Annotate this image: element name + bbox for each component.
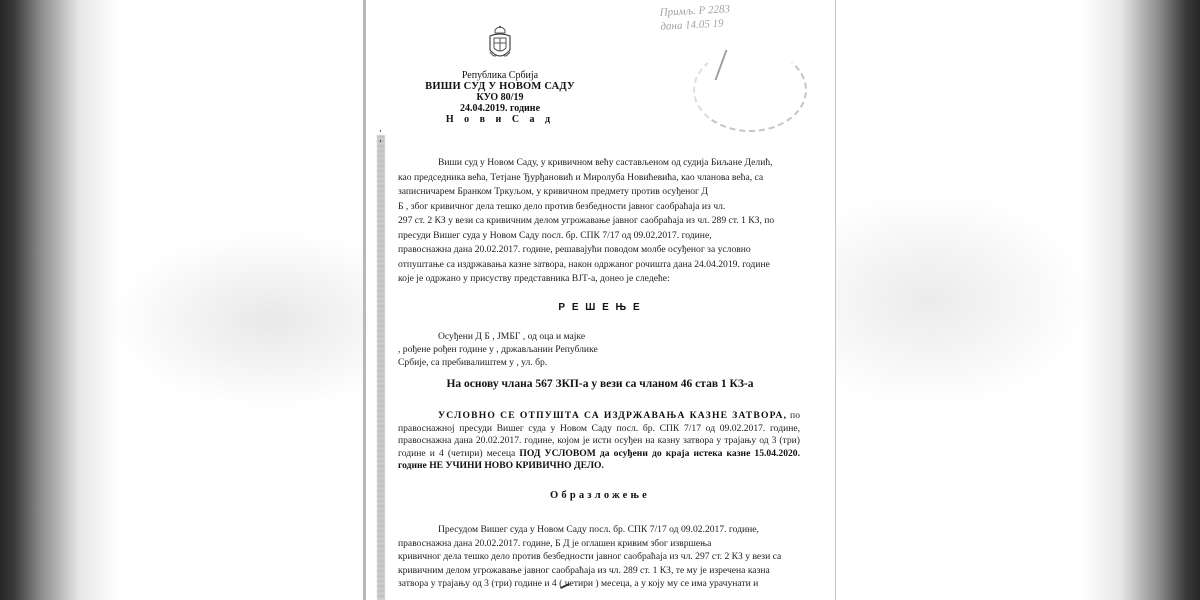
- reasoning-title: Образложење: [400, 490, 800, 501]
- case-number: КУО 80/19: [400, 92, 600, 103]
- text-line: правоснажна дана 20.02.2017. године, Б Д…: [398, 537, 800, 551]
- text-line: Србије, са пребивалиштем у , ул. бр.: [398, 356, 800, 369]
- court-stamp: [693, 48, 807, 132]
- scan-binding-shadow: [377, 135, 385, 600]
- scan-mark: ˌ: [378, 128, 383, 144]
- text-line: као председника већа, Тетјане Ђурђановић…: [398, 171, 800, 186]
- text-line: које је одржано у присуству представника…: [398, 272, 800, 287]
- text-line: Виши суд у Новом Саду, у кривичном већу …: [398, 156, 800, 171]
- court-name: ВИШИ СУД У НОВОМ САДУ: [400, 81, 600, 92]
- text-line: , рођене рођен године у , држављанин Реп…: [398, 343, 800, 356]
- country-name: Република Србија: [400, 70, 600, 81]
- text-line: Осуђени Д Б , ЈМБГ , од оца и мајке: [398, 330, 800, 343]
- document-date: 24.04.2019. године: [400, 103, 600, 114]
- text-line: правоснажна дана 20.02.2017. године, реш…: [398, 243, 800, 258]
- text-line: записничарем Бранком Тркуљом, у кривично…: [398, 185, 800, 200]
- city-name: Н о в и С а д: [400, 114, 600, 125]
- reasoning-paragraph: Пресудом Вишег суда у Новом Саду посл. б…: [398, 523, 800, 591]
- text-line: Б , због кривичног дела тешко дело проти…: [398, 200, 800, 215]
- intro-paragraph: Виши суд у Новом Саду, у кривичном већу …: [398, 156, 800, 287]
- convict-paragraph: Осуђени Д Б , ЈМБГ , од оца и мајке , ро…: [398, 330, 800, 369]
- handwritten-note: Примљ. Р 2283 дана 14.05 19: [659, 2, 731, 34]
- text-line: отпуштање са издржавања казне затвора, н…: [398, 258, 800, 273]
- ruling-paragraph: УСЛОВНО СЕ ОТПУШТА СА ИЗДРЖАВАЊА КАЗНЕ З…: [398, 410, 800, 473]
- ruling-title: Р Е Ш Е Њ Е: [400, 302, 800, 313]
- ruling-end: НЕ УЧИНИ НОВО КРИВИЧНО ДЕЛО.: [429, 460, 604, 471]
- text-line: кривичног дела тешко дело против безбедн…: [398, 550, 800, 564]
- text-line: Пресудом Вишег суда у Новом Саду посл. б…: [398, 523, 800, 537]
- coat-of-arms-icon: [485, 24, 515, 64]
- text-line: 297 ст. 2 КЗ у вези са кривичним делом у…: [398, 214, 800, 229]
- court-header: Република Србија ВИШИ СУД У НОВОМ САДУ К…: [400, 70, 600, 125]
- text-line: пресуди Вишег суда у Новом Саду посл. бр…: [398, 229, 800, 244]
- ruling-bold-start: УСЛОВНО СЕ ОТПУШТА СА ИЗДРЖАВАЊА КАЗНЕ З…: [438, 410, 787, 421]
- legal-basis: На основу члана 567 ЗКП-а у вези са члан…: [400, 378, 800, 390]
- text-line: затвора у трајању од 3 (три) године и 4 …: [398, 577, 800, 591]
- text-line: кривичним делом угрожавање јавног саобра…: [398, 564, 800, 578]
